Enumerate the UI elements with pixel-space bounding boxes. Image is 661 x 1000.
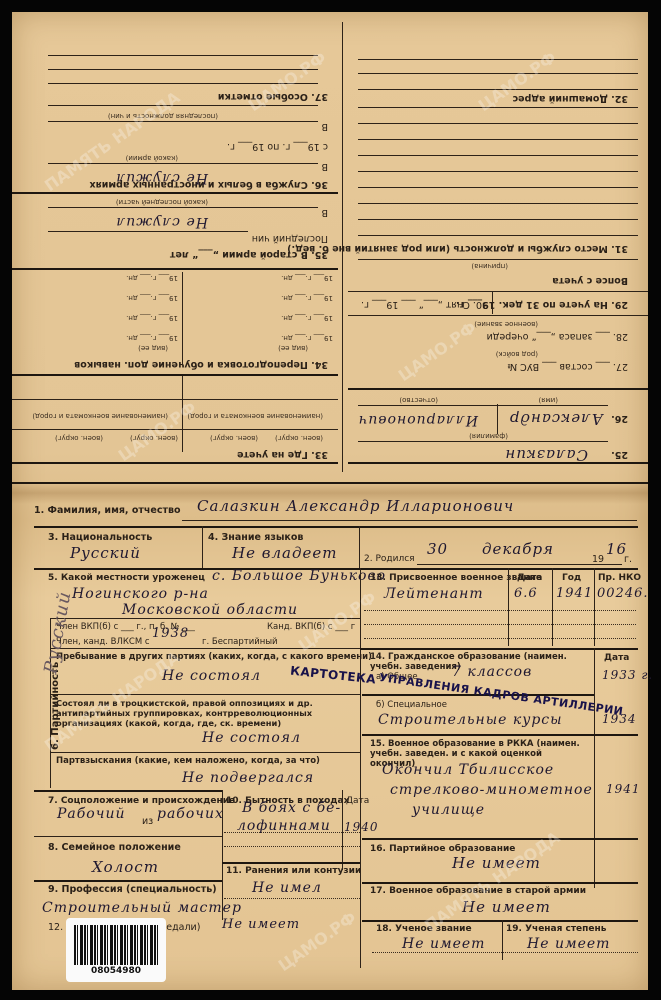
f26-name: Александр <box>509 410 603 428</box>
f13-rank: Лейтенант <box>384 586 484 602</box>
f26-patronymic: Илларионович <box>358 412 478 428</box>
penalties-value: Не подвергался <box>182 770 314 786</box>
f17-value: Не имеет <box>462 898 551 916</box>
f10-value-line1: В боях с бе- <box>242 800 341 816</box>
f5-value-line3: Московской области <box>122 602 298 618</box>
f15-value-line2: стрелково-минометное <box>390 782 593 798</box>
f7-value-b: рабочих <box>157 806 224 822</box>
f18-value: Не имеет <box>402 936 485 952</box>
margin-note: Русский <box>40 589 75 675</box>
f4-value: Не владеет <box>232 544 337 562</box>
f13-year: 1941 <box>556 586 593 601</box>
f11-value: Не имел <box>252 880 322 896</box>
f15-value-line1: Окончил Тбилисское <box>382 762 554 778</box>
barcode-icon <box>74 925 158 965</box>
archive-barcode-label: 08054980 <box>66 918 166 982</box>
f2-day: 30 <box>427 540 448 558</box>
f9-value: Строительный мастер <box>42 900 242 916</box>
f7-value-a: Рабочий <box>57 806 125 822</box>
f14a-value: 7 классов <box>452 664 532 680</box>
vlksm-year: 1938 <box>152 626 189 641</box>
f36-value: Не служил <box>115 170 208 186</box>
f14b-value: Строительные курсы <box>378 712 563 728</box>
f19-value: Не имеет <box>527 936 610 952</box>
barcode-number: 08054980 <box>66 966 166 976</box>
f5-value-line2: Ногинского р-на <box>72 586 209 602</box>
f1-label: 1. Фамилия, имя, отчество <box>34 505 181 516</box>
f25-value: Салазкин <box>504 446 588 464</box>
f13-order: 00246. <box>597 586 649 601</box>
opposition-value: Не состоял <box>202 730 301 746</box>
f15-value-line3: училище <box>412 802 485 818</box>
f25-label: 25. <box>611 449 628 460</box>
f16-value: Не имеет <box>452 854 541 872</box>
f8-value: Холост <box>92 858 159 876</box>
f2-month: декабря <box>482 540 554 558</box>
f35-value: Не служил <box>115 214 208 230</box>
stamp-kartoteka: КАРТОТЕКА <box>290 664 377 687</box>
f12-value: Не имеет <box>222 917 300 932</box>
f3-value: Русский <box>70 544 141 562</box>
other-parties-value: Не состоял <box>162 668 261 684</box>
f14a-date: 1933 г. <box>602 668 653 682</box>
personnel-card-sheet: 25. Салазкин (фамилия) 26. Александр Илл… <box>12 12 648 990</box>
f15-date: 1941 <box>606 782 641 796</box>
upper-flipped-section: 25. Салазкин (фамилия) 26. Александр Илл… <box>12 12 648 482</box>
f13-date: 6.6 <box>514 586 538 601</box>
f1-value: Салазкин Александр Илларионович <box>197 497 514 515</box>
